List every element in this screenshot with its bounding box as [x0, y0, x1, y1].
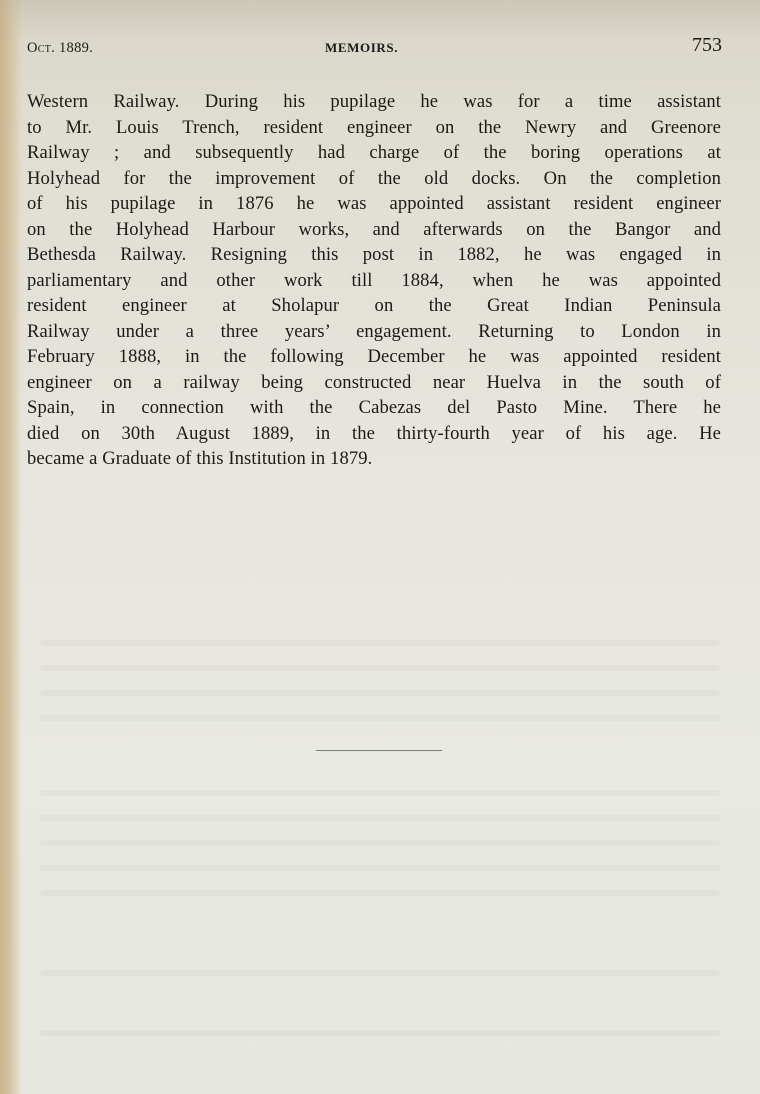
bleed-through-line	[40, 640, 720, 646]
bleed-through-line	[40, 690, 720, 696]
text-line: of his pupilage in 1876 he was appointed…	[27, 191, 721, 217]
bleed-through-line	[40, 815, 720, 821]
text-line: Bethesda Railway. Resigning this post in…	[27, 242, 721, 268]
running-head-date: Oct. 1889.	[27, 40, 93, 57]
bleed-through-line	[40, 970, 720, 976]
text-line: died on 30th August 1889, in the thirty-…	[27, 421, 721, 447]
memoir-paragraph: Western Railway. During his pupilage he …	[27, 89, 721, 472]
book-page: Oct. 1889. MEMOIRS. 753 Western Railway.…	[0, 0, 760, 1094]
text-line: Railway under a three years’ engagement.…	[27, 319, 721, 345]
running-head-year: . 1889.	[51, 40, 93, 56]
text-line: engineer on a railway being constructed …	[27, 370, 721, 396]
bleed-through-line	[40, 840, 720, 846]
bleed-through-line	[40, 890, 720, 896]
page-number: 753	[692, 34, 722, 57]
text-line: parliamentary and other work till 1884, …	[27, 268, 721, 294]
page-binding-shadow	[0, 0, 22, 1094]
bleed-through-line	[40, 715, 720, 721]
text-line: on the Holyhead Harbour works, and after…	[27, 217, 721, 243]
text-line: Railway ; and subsequently had charge of…	[27, 140, 721, 166]
running-head-section-title: MEMOIRS.	[325, 40, 398, 56]
text-line: Spain, in connection with the Cabezas de…	[27, 395, 721, 421]
running-head-month: Oct	[27, 40, 51, 56]
bleed-through-line	[40, 1030, 720, 1036]
text-line: became a Graduate of this Institution in…	[27, 446, 721, 472]
text-line: to Mr. Louis Trench, resident engineer o…	[27, 115, 721, 141]
text-line: Western Railway. During his pupilage he …	[27, 89, 721, 115]
text-line: Holyhead for the improvement of the old …	[27, 166, 721, 192]
bleed-through-line	[40, 790, 720, 796]
text-line: February 1888, in the following December…	[27, 344, 721, 370]
section-divider-rule	[316, 750, 442, 751]
text-line: resident engineer at Sholapur on the Gre…	[27, 293, 721, 319]
bleed-through-line	[40, 665, 720, 671]
running-head: Oct. 1889. MEMOIRS. 753	[27, 34, 722, 58]
bleed-through-line	[40, 865, 720, 871]
